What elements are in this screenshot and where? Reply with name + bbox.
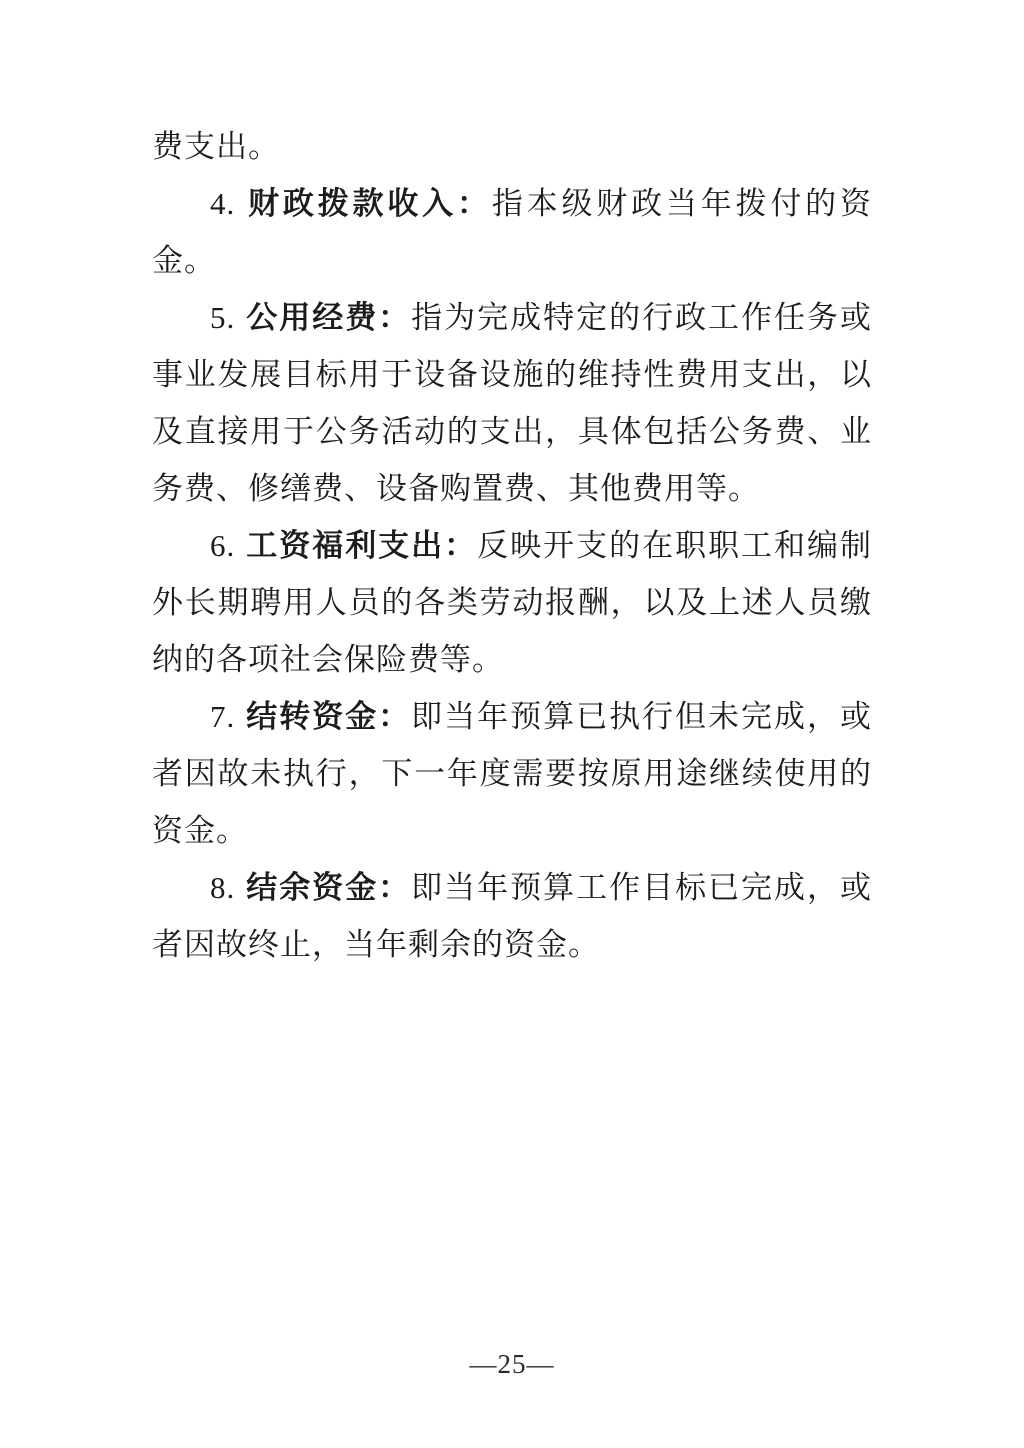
item-number: 4.: [210, 186, 235, 221]
item-number: 5.: [210, 300, 235, 335]
item-number: 6.: [210, 528, 235, 563]
document-page: 费支出。 4.财政拨款收入：指本级财政当年拨付的资金。 5.公用经费：指为完成特…: [0, 0, 1024, 1448]
item-term: 结转资金：: [245, 699, 411, 734]
item-number: 7.: [210, 699, 235, 734]
item-term: 公用经费：: [245, 300, 411, 335]
document-body: 费支出。 4.财政拨款收入：指本级财政当年拨付的资金。 5.公用经费：指为完成特…: [152, 118, 872, 973]
definition-item-5: 5.公用经费：指为完成特定的行政工作任务或事业发展目标用于设备设施的维持性费用支…: [152, 289, 872, 517]
item-number: 8.: [210, 870, 235, 905]
paragraph-continuation: 费支出。: [152, 118, 872, 175]
definition-item-8: 8.结余资金：即当年预算工作目标已完成，或者因故终止，当年剩余的资金。: [152, 859, 872, 973]
item-term: 结余资金：: [245, 870, 411, 905]
page-number: —25—: [0, 1349, 1024, 1380]
definition-item-6: 6.工资福利支出：反映开支的在职职工和编制外长期聘用人员的各类劳动报酬，以及上述…: [152, 517, 872, 688]
definition-item-7: 7.结转资金：即当年预算已执行但未完成，或者因故未执行，下一年度需要按原用途继续…: [152, 688, 872, 859]
definition-item-4: 4.财政拨款收入：指本级财政当年拨付的资金。: [152, 175, 872, 289]
item-term: 财政拨款收入：: [245, 186, 492, 221]
continuation-text: 费支出。: [152, 129, 280, 164]
item-term: 工资福利支出：: [245, 528, 477, 563]
